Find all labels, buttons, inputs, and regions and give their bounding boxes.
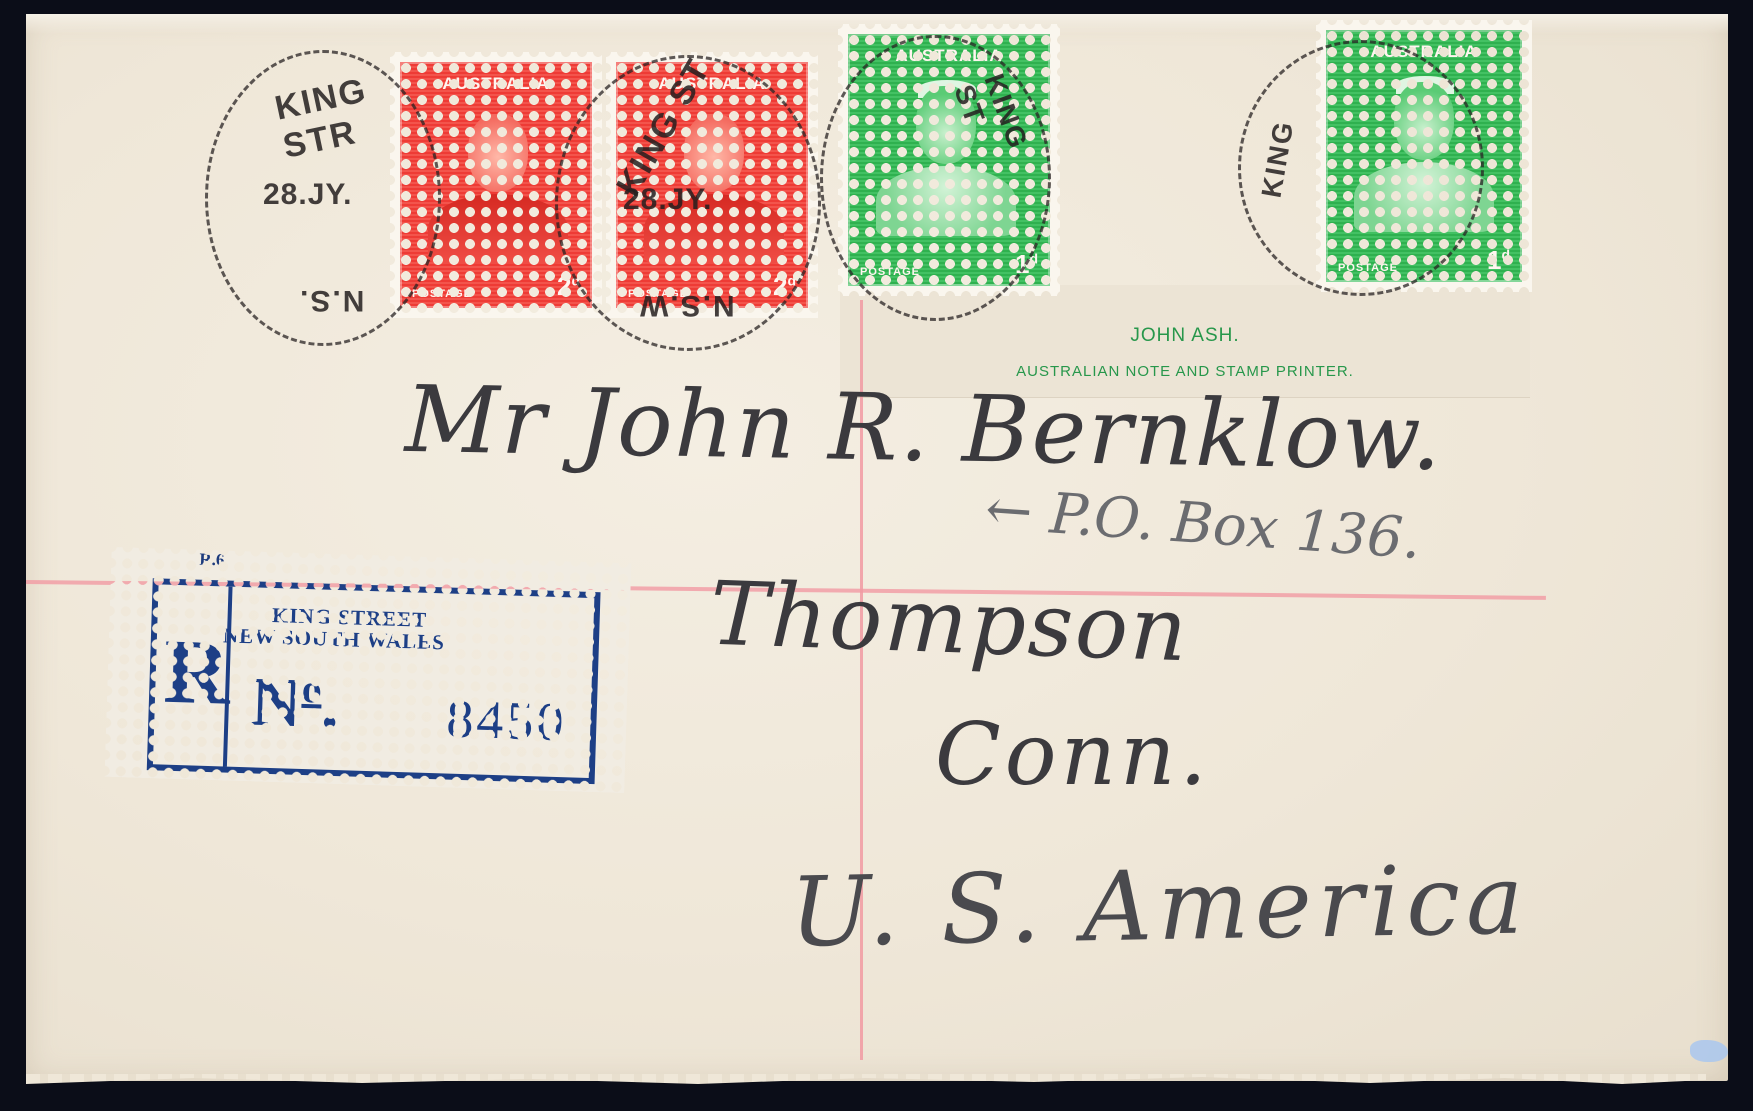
- post-office-name: KING STREET NEW SOUTH WALES: [253, 603, 446, 653]
- blue-paper-fiber: [1690, 1040, 1728, 1062]
- registered-letter-cell: R: [153, 584, 233, 766]
- printer-name: JOHN ASH.: [840, 325, 1530, 347]
- postmark-3: KING ST: [820, 35, 1051, 321]
- address-line-recipient: Mr John R. Bernklow.: [404, 366, 1444, 491]
- stamp-denomination: 1d: [1487, 245, 1510, 276]
- postmark-2: KING ST 28.JY. N.S.W: [555, 55, 821, 351]
- registration-label: R.6 R KING STREET NEW SOUTH WALES No. 84…: [105, 547, 632, 793]
- postmark-1: KING STR 28.JY. N.S.: [205, 50, 441, 346]
- registered-letter: R: [162, 625, 231, 719]
- registration-number: 8450: [446, 692, 568, 750]
- label-form-code: R.6: [199, 550, 225, 571]
- stamp-caption: POSTAGE: [412, 288, 472, 300]
- postmark-4: KING: [1238, 40, 1484, 296]
- address-line-state: Conn.: [935, 705, 1211, 805]
- king-portrait-icon: [442, 108, 554, 258]
- registration-box: R KING STREET NEW SOUTH WALES No. 8450: [147, 578, 601, 784]
- address-line-town: Thompson: [708, 562, 1190, 682]
- number-label: No.: [250, 667, 340, 740]
- address-line-country: U. S. America: [789, 844, 1530, 969]
